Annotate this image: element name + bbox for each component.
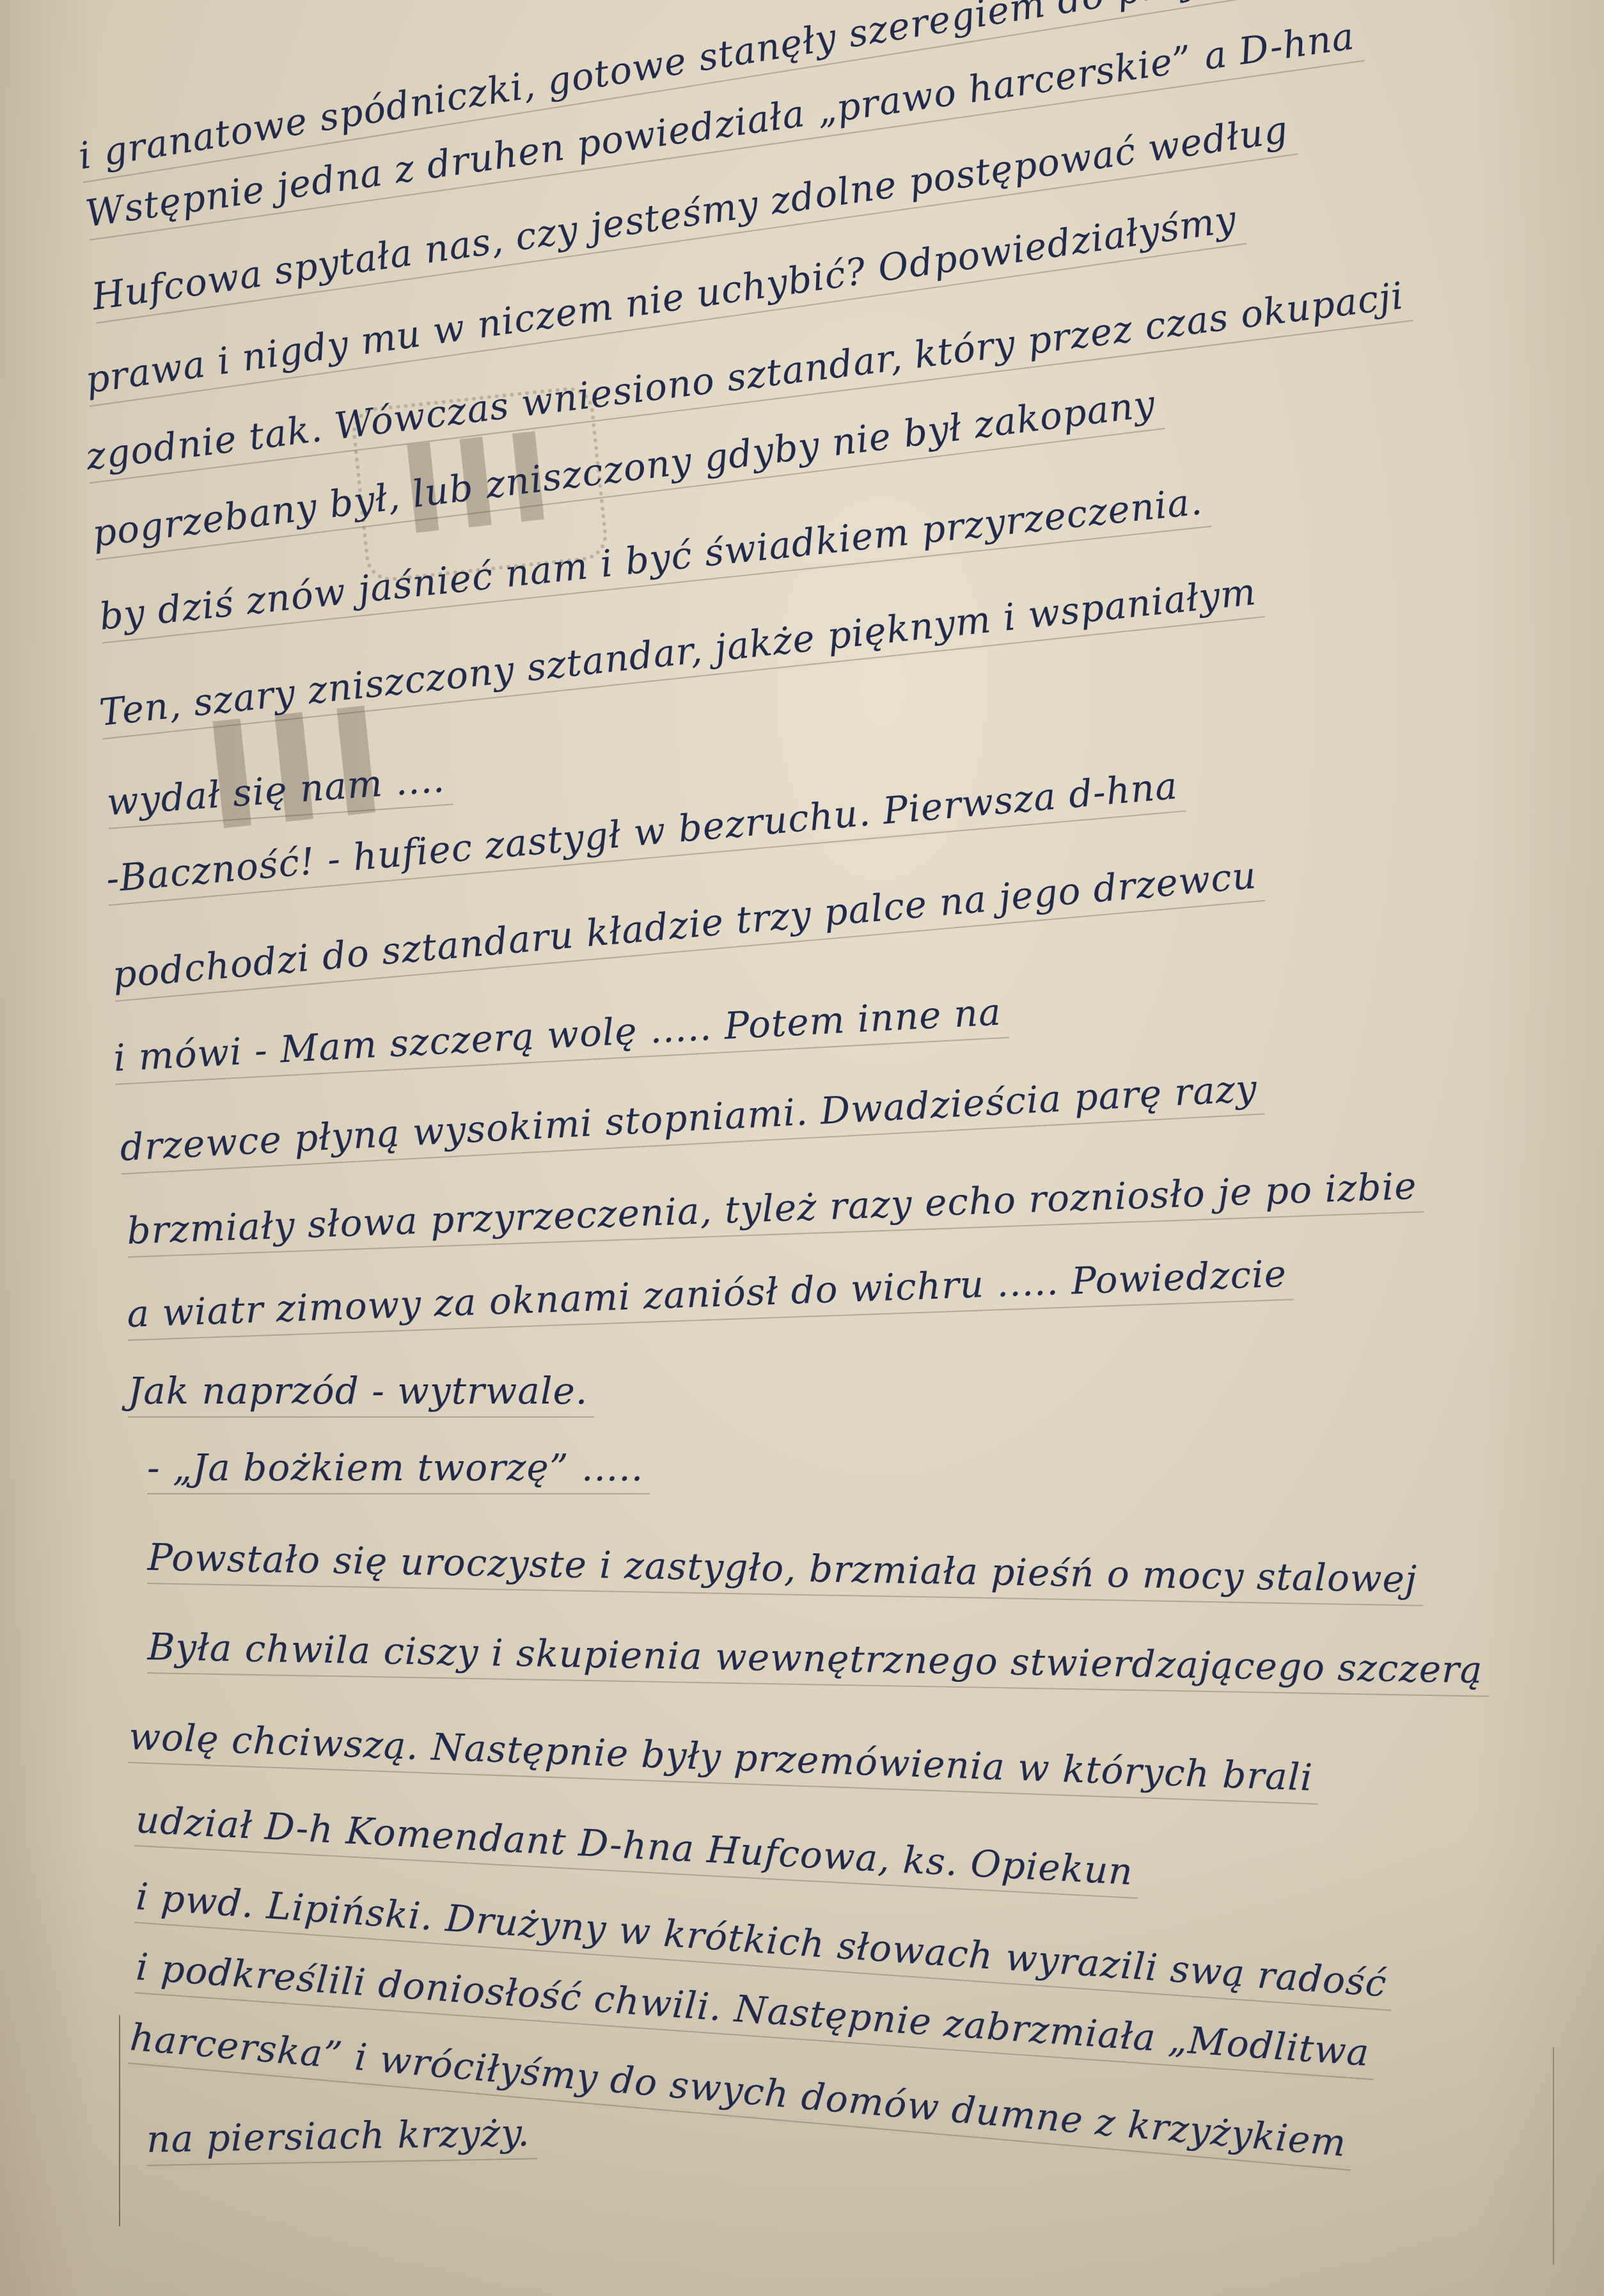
- text-line: Powstało się uroczyste i zastygło, brzmi…: [147, 1535, 1424, 1606]
- text-line: drzewce płyną wysokimi stopniami. Dwadzi…: [119, 1066, 1265, 1175]
- text-line: wydał się nam ....: [106, 757, 453, 829]
- text-line: - „Ja bożkiem tworzę” .....: [147, 1446, 650, 1494]
- document-page: III III i granatowe spódniczki, gotowe s…: [0, 0, 1604, 2296]
- text-line: na piersiach krzyży.: [146, 2110, 537, 2166]
- text-line: Była chwila ciszy i skupienia wewnętrzne…: [147, 1625, 1490, 1697]
- text-line: udział D-h Komendant D-hna Hufcowa, ks. …: [134, 1798, 1140, 1899]
- text-line: Jak naprzód - wytrwale.: [128, 1369, 594, 1418]
- text-line: wolę chciwszą. Następnie były przemówien…: [128, 1714, 1320, 1805]
- text-line: brzmiały słowa przyrzeczenia, tyleż razy…: [126, 1164, 1424, 1258]
- text-line: i mówi - Mam szczerą wolę ..... Potem in…: [113, 990, 1009, 1085]
- handwritten-text: i granatowe spódniczki, gotowe stanęły s…: [0, 0, 1604, 2296]
- text-line: a wiatr zimowy za oknami zaniósł do wich…: [126, 1251, 1294, 1341]
